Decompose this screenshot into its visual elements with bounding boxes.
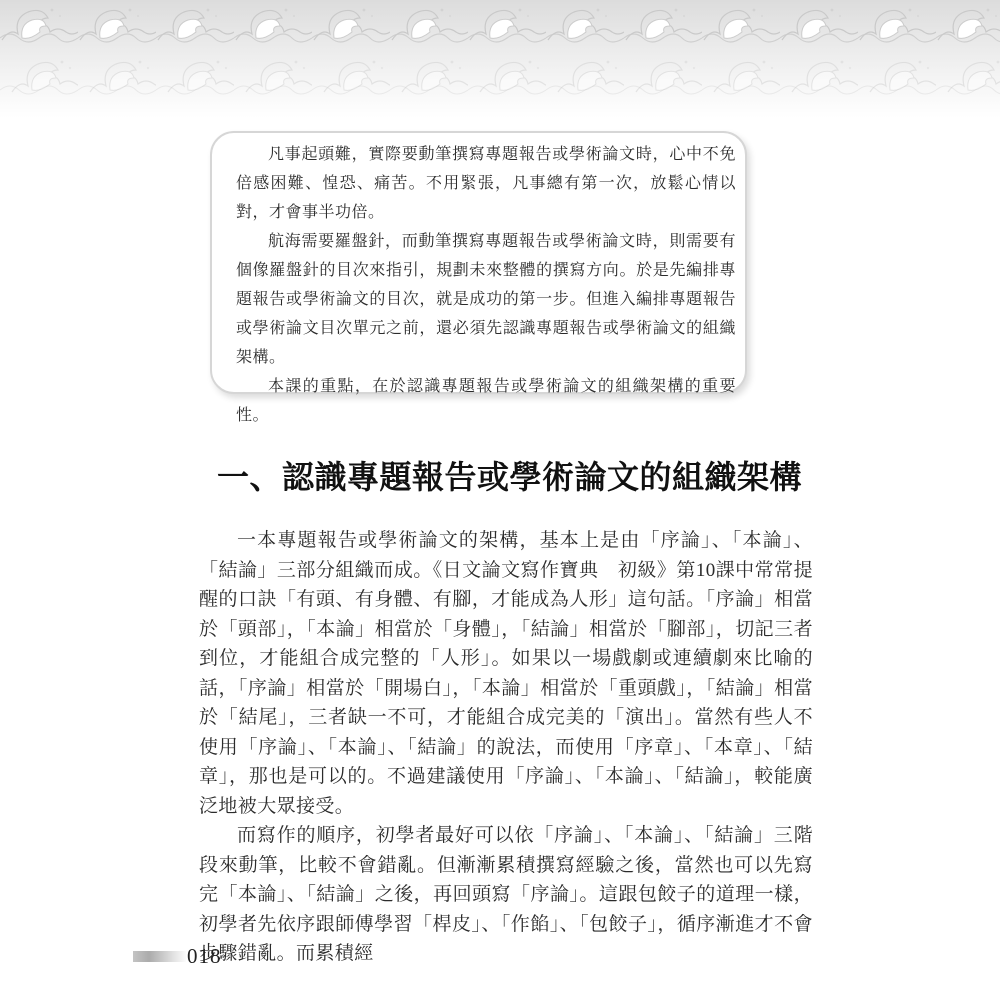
body-paragraph-1: 一本專題報告或學術論文的架構，基本上是由「序論」、「本論」、「結論」三部分組織而… xyxy=(199,526,813,821)
page-number: 018 xyxy=(187,944,222,969)
decorative-wave-band xyxy=(0,0,1000,118)
intro-box: 凡事起頭難，實際要動筆撰寫專題報告或學術論文時，心中不免倍感困難、惶恐、痛苦。不… xyxy=(210,131,747,394)
body-paragraph-2: 而寫作的順序，初學者最好可以依「序論」、「本論」、「結論」三階段來動筆，比較不會… xyxy=(199,821,813,969)
book-page: 凡事起頭難，實際要動筆撰寫專題報告或學術論文時，心中不免倍感困難、惶恐、痛苦。不… xyxy=(0,0,1000,1000)
intro-paragraph-1: 凡事起頭難，實際要動筆撰寫專題報告或學術論文時，心中不免倍感困難、惶恐、痛苦。不… xyxy=(236,140,736,227)
section-heading: 一、認識專題報告或學術論文的組織架構 xyxy=(217,452,802,498)
footer-gradient-bar xyxy=(133,951,186,962)
intro-paragraph-2: 航海需要羅盤針，而動筆撰寫專題報告或學術論文時，則需要有個像羅盤針的目次來指引，… xyxy=(236,227,736,372)
section-body: 一本專題報告或學術論文的架構，基本上是由「序論」、「本論」、「結論」三部分組織而… xyxy=(199,526,813,969)
wave-pattern-icon xyxy=(0,0,1000,118)
page-footer: 018 xyxy=(133,944,222,969)
intro-paragraph-3: 本課的重點，在於認識專題報告或學術論文的組織架構的重要性。 xyxy=(236,372,736,430)
